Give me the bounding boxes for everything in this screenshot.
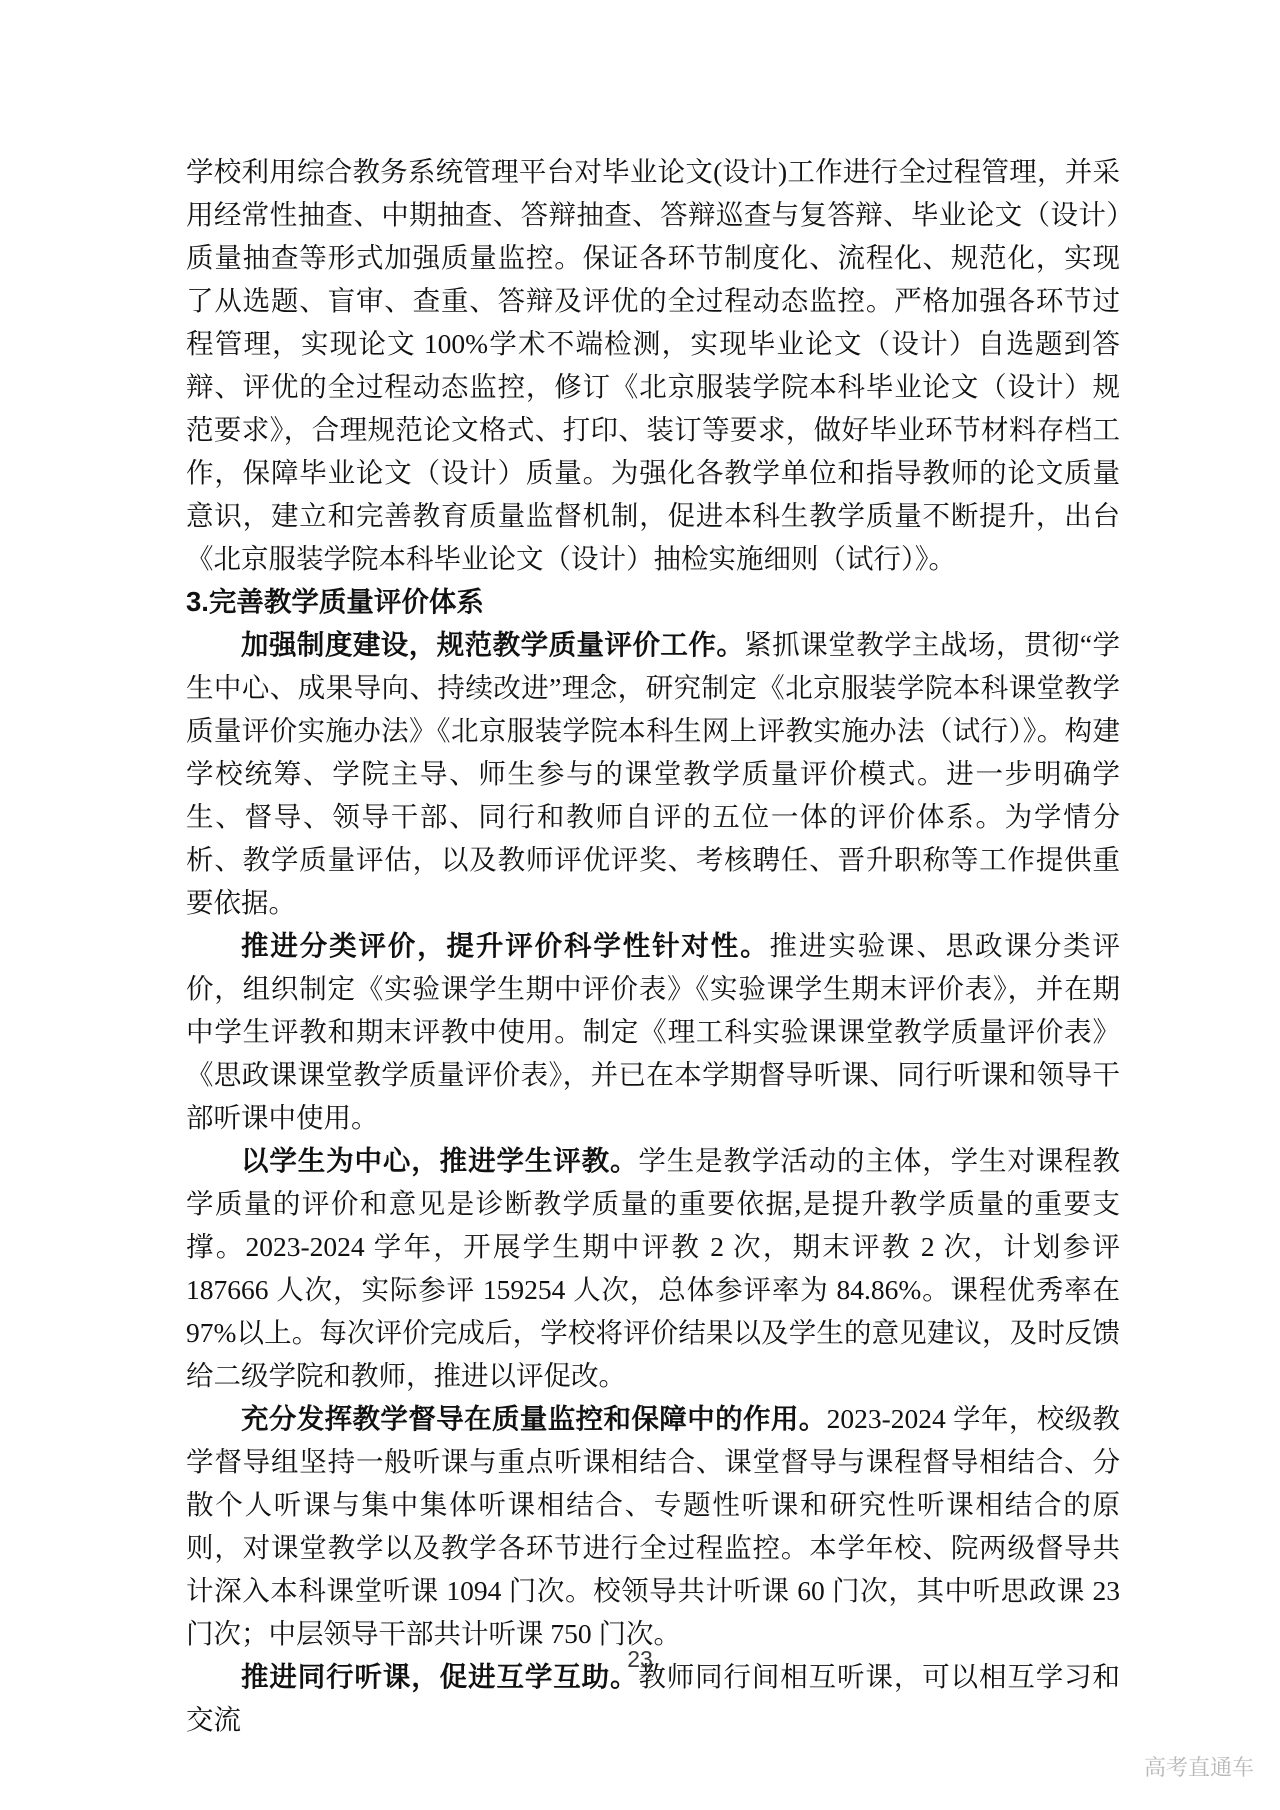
paragraph: 充分发挥教学督导在质量监控和保障中的作用。2023-2024 学年，校级教学督导…	[186, 1397, 1120, 1655]
paragraph-text: 紧抓课堂教学主战场，贯彻“学生中心、成果导向、持续改进”理念，研究制定《北京服装…	[186, 629, 1120, 918]
page-number: 23	[0, 1645, 1280, 1673]
paragraph-lead-bold: 以学生为中心，推进学生评教。	[241, 1145, 638, 1176]
watermark: 高考直通车	[1144, 1755, 1254, 1781]
paragraph-text: 学生是教学活动的主体，学生对课程教学质量的评价和意见是诊断教学质量的重要依据,是…	[186, 1145, 1120, 1391]
paragraph-lead-bold: 推进分类评价，提升评价科学性针对性。	[241, 930, 770, 961]
paragraph-lead-bold: 充分发挥教学督导在质量监控和保障中的作用。	[241, 1403, 827, 1434]
paragraph-lead-bold: 加强制度建设，规范教学质量评价工作。	[241, 629, 744, 660]
paragraph: 学校利用综合教务系统管理平台对毕业论文(设计)工作进行全过程管理，并采用经常性抽…	[186, 150, 1120, 580]
document-body: 学校利用综合教务系统管理平台对毕业论文(设计)工作进行全过程管理，并采用经常性抽…	[186, 150, 1120, 1741]
paragraph: 加强制度建设，规范教学质量评价工作。紧抓课堂教学主战场，贯彻“学生中心、成果导向…	[186, 623, 1120, 924]
paragraph-text: 2023-2024 学年，校级教学督导组坚持一般听课与重点听课相结合、课堂督导与…	[186, 1403, 1120, 1649]
paragraph-text: 学校利用综合教务系统管理平台对毕业论文(设计)工作进行全过程管理，并采用经常性抽…	[186, 156, 1120, 574]
paragraph: 以学生为中心，推进学生评教。学生是教学活动的主体，学生对课程教学质量的评价和意见…	[186, 1139, 1120, 1397]
paragraph: 推进分类评价，提升评价科学性针对性。推进实验课、思政课分类评价，组织制定《实验课…	[186, 924, 1120, 1139]
section-heading: 3.完善教学质量评价体系	[186, 580, 1120, 623]
document-page: 学校利用综合教务系统管理平台对毕业论文(设计)工作进行全过程管理，并采用经常性抽…	[0, 0, 1280, 1810]
